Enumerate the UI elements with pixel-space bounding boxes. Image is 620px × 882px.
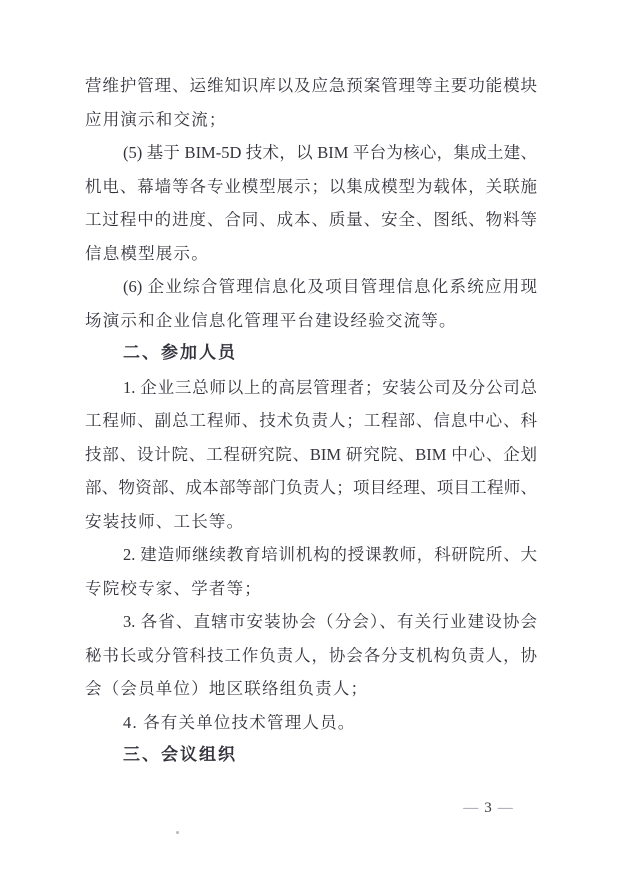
text-line: 机电、幕墙等各专业模型展示；以集成模型为载体，关联施 [85, 170, 537, 204]
text-line: 会（会员单位）地区联络组负责人； [85, 672, 537, 706]
text-line: 部、物资部、成本部等部门负责人；项目经理、项目工程师、 [85, 471, 537, 505]
document-page: 营维护管理、运维知识库以及应急预案管理等主要功能模块应用演示和交流；(5) 基于… [0, 0, 620, 882]
text-line: 2. 建造师继续教育培训机构的授课教师，科研院所、大 [85, 538, 537, 572]
text-line: 秘书长或分管科技工作负责人，协会各分支机构负责人，协 [85, 639, 537, 673]
text-line: 场演示和企业信息化管理平台建设经验交流等。 [85, 304, 537, 338]
text-line: 专院校专家、学者等； [85, 572, 537, 606]
text-line: 1. 企业三总师以上的高层管理者；安装公司及分公司总 [85, 371, 537, 405]
text-line: (6) 企业综合管理信息化及项目管理信息化系统应用现 [85, 270, 537, 304]
page-number: —3— [448, 797, 528, 819]
text-line: 4. 各有关单位技术管理人员。 [85, 706, 537, 740]
document-body: 营维护管理、运维知识库以及应急预案管理等主要功能模块应用演示和交流；(5) 基于… [85, 69, 537, 773]
section-heading: 三、会议组织 [85, 739, 537, 773]
page-number-value: 3 [484, 800, 492, 816]
text-line: 营维护管理、运维知识库以及应急预案管理等主要功能模块 [85, 69, 537, 103]
text-line: 工程师、副总工程师、技术负责人；工程部、信息中心、科 [85, 404, 537, 438]
section-heading: 二、参加人员 [85, 337, 537, 371]
page-number-dash-right: — [492, 800, 519, 816]
scan-speck [176, 831, 179, 834]
text-line: 信息模型展示。 [85, 237, 537, 271]
page-number-dash-left: — [457, 800, 484, 816]
text-line: 安装技师、工长等。 [85, 505, 537, 539]
text-line: 工过程中的进度、合同、成本、质量、安全、图纸、物料等 [85, 203, 537, 237]
text-line: (5) 基于 BIM-5D 技术，以 BIM 平台为核心，集成土建、 [85, 136, 537, 170]
text-line: 3. 各省、直辖市安装协会（分会）、有关行业建设协会 [85, 605, 537, 639]
text-line: 应用演示和交流； [85, 103, 537, 137]
text-line: 技部、设计院、工程研究院、BIM 研究院、BIM 中心、企划 [85, 438, 537, 472]
